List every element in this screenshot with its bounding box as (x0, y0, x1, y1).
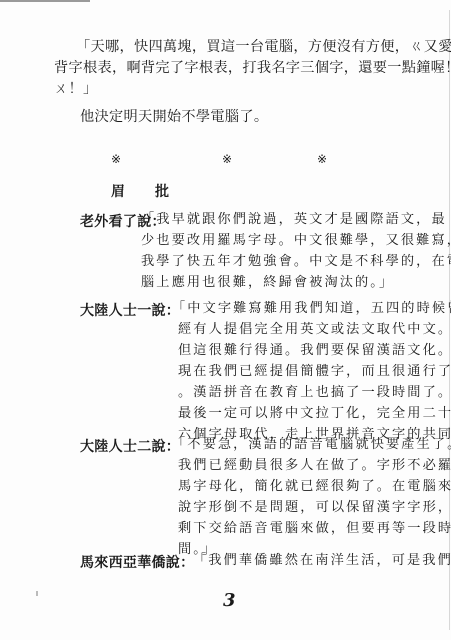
paragraph-line: 背字根表，啊背完了字根表，打我名字三個字，還要一點鐘喔！ (54, 58, 451, 78)
quote-line: 最後一定可以將中文拉丁化，完全用二十 (178, 404, 451, 424)
speaker-label: 馬來西亞華僑說： (80, 552, 194, 572)
quote-line: 剩下交給語音電腦來做，但要再等一段時 (178, 519, 451, 539)
scan-speck (36, 591, 38, 596)
paragraph-line: 「天哪，快四萬塊，買這一台電腦，方便沒有方便，ㄍ又愛 (76, 37, 451, 57)
section-heading: 批 (155, 181, 169, 201)
section-heading: 眉 (111, 181, 125, 201)
quote-line: 「我早就跟你們說過，英文才是國際語文，最 (141, 210, 447, 230)
separator-mark: ※ (111, 152, 121, 166)
quote-line: 「中文字難寫難用我們知道，五四的時候曾 (172, 299, 451, 319)
separator-mark: ※ (222, 152, 232, 166)
speaker-label: 大陸人士一說： (80, 300, 180, 320)
quote-line: 但這很難行得通。我們要保留漢語文化。 (178, 341, 451, 361)
document-page: 「天哪，快四萬塊，買這一台電腦，方便沒有方便，ㄍ又愛 背字根表，啊背完了字根表，… (0, 0, 451, 640)
quote-line: 「我們華僑雖然在南洋生活，可是我們都 (193, 551, 451, 571)
paragraph-line: ㄨ！」 (54, 79, 97, 99)
quote-line: 「不要急，漢語的語音電腦就快要產生了。 (172, 435, 451, 455)
quote-line: 馬字母化，簡化就已經很夠了。在電腦來 (178, 477, 451, 497)
separator-mark: ※ (317, 152, 327, 166)
quote-line: 現在我們已經提倡簡體字，而且很通行了 (178, 362, 451, 382)
speaker-label: 大陸人士二說： (80, 436, 180, 456)
quote-line: 腦上應用也很難，終歸會被淘汰的。」 (141, 273, 394, 293)
quote-line: 。漢語拼音在教育上也搞了一段時間了。 (178, 383, 451, 403)
quote-line: 我學了快五年才勉強會。中文是不科學的，在電 (141, 252, 451, 272)
quote-line: 說字形倒不是問題，可以保留漢字字形， (178, 498, 451, 518)
scan-edge (0, 0, 90, 2)
quote-line: 我們已經動員很多人在做了。字形不必羅 (178, 456, 451, 476)
quote-line: 少也要改用羅馬字母。中文很難學，又很難寫， (141, 231, 451, 251)
quote-line: 經有人提倡完全用英文或法文取代中文。 (178, 320, 451, 340)
paragraph-line: 他決定明天開始不學電腦了。 (80, 107, 268, 127)
page-number: 3 (223, 590, 236, 611)
